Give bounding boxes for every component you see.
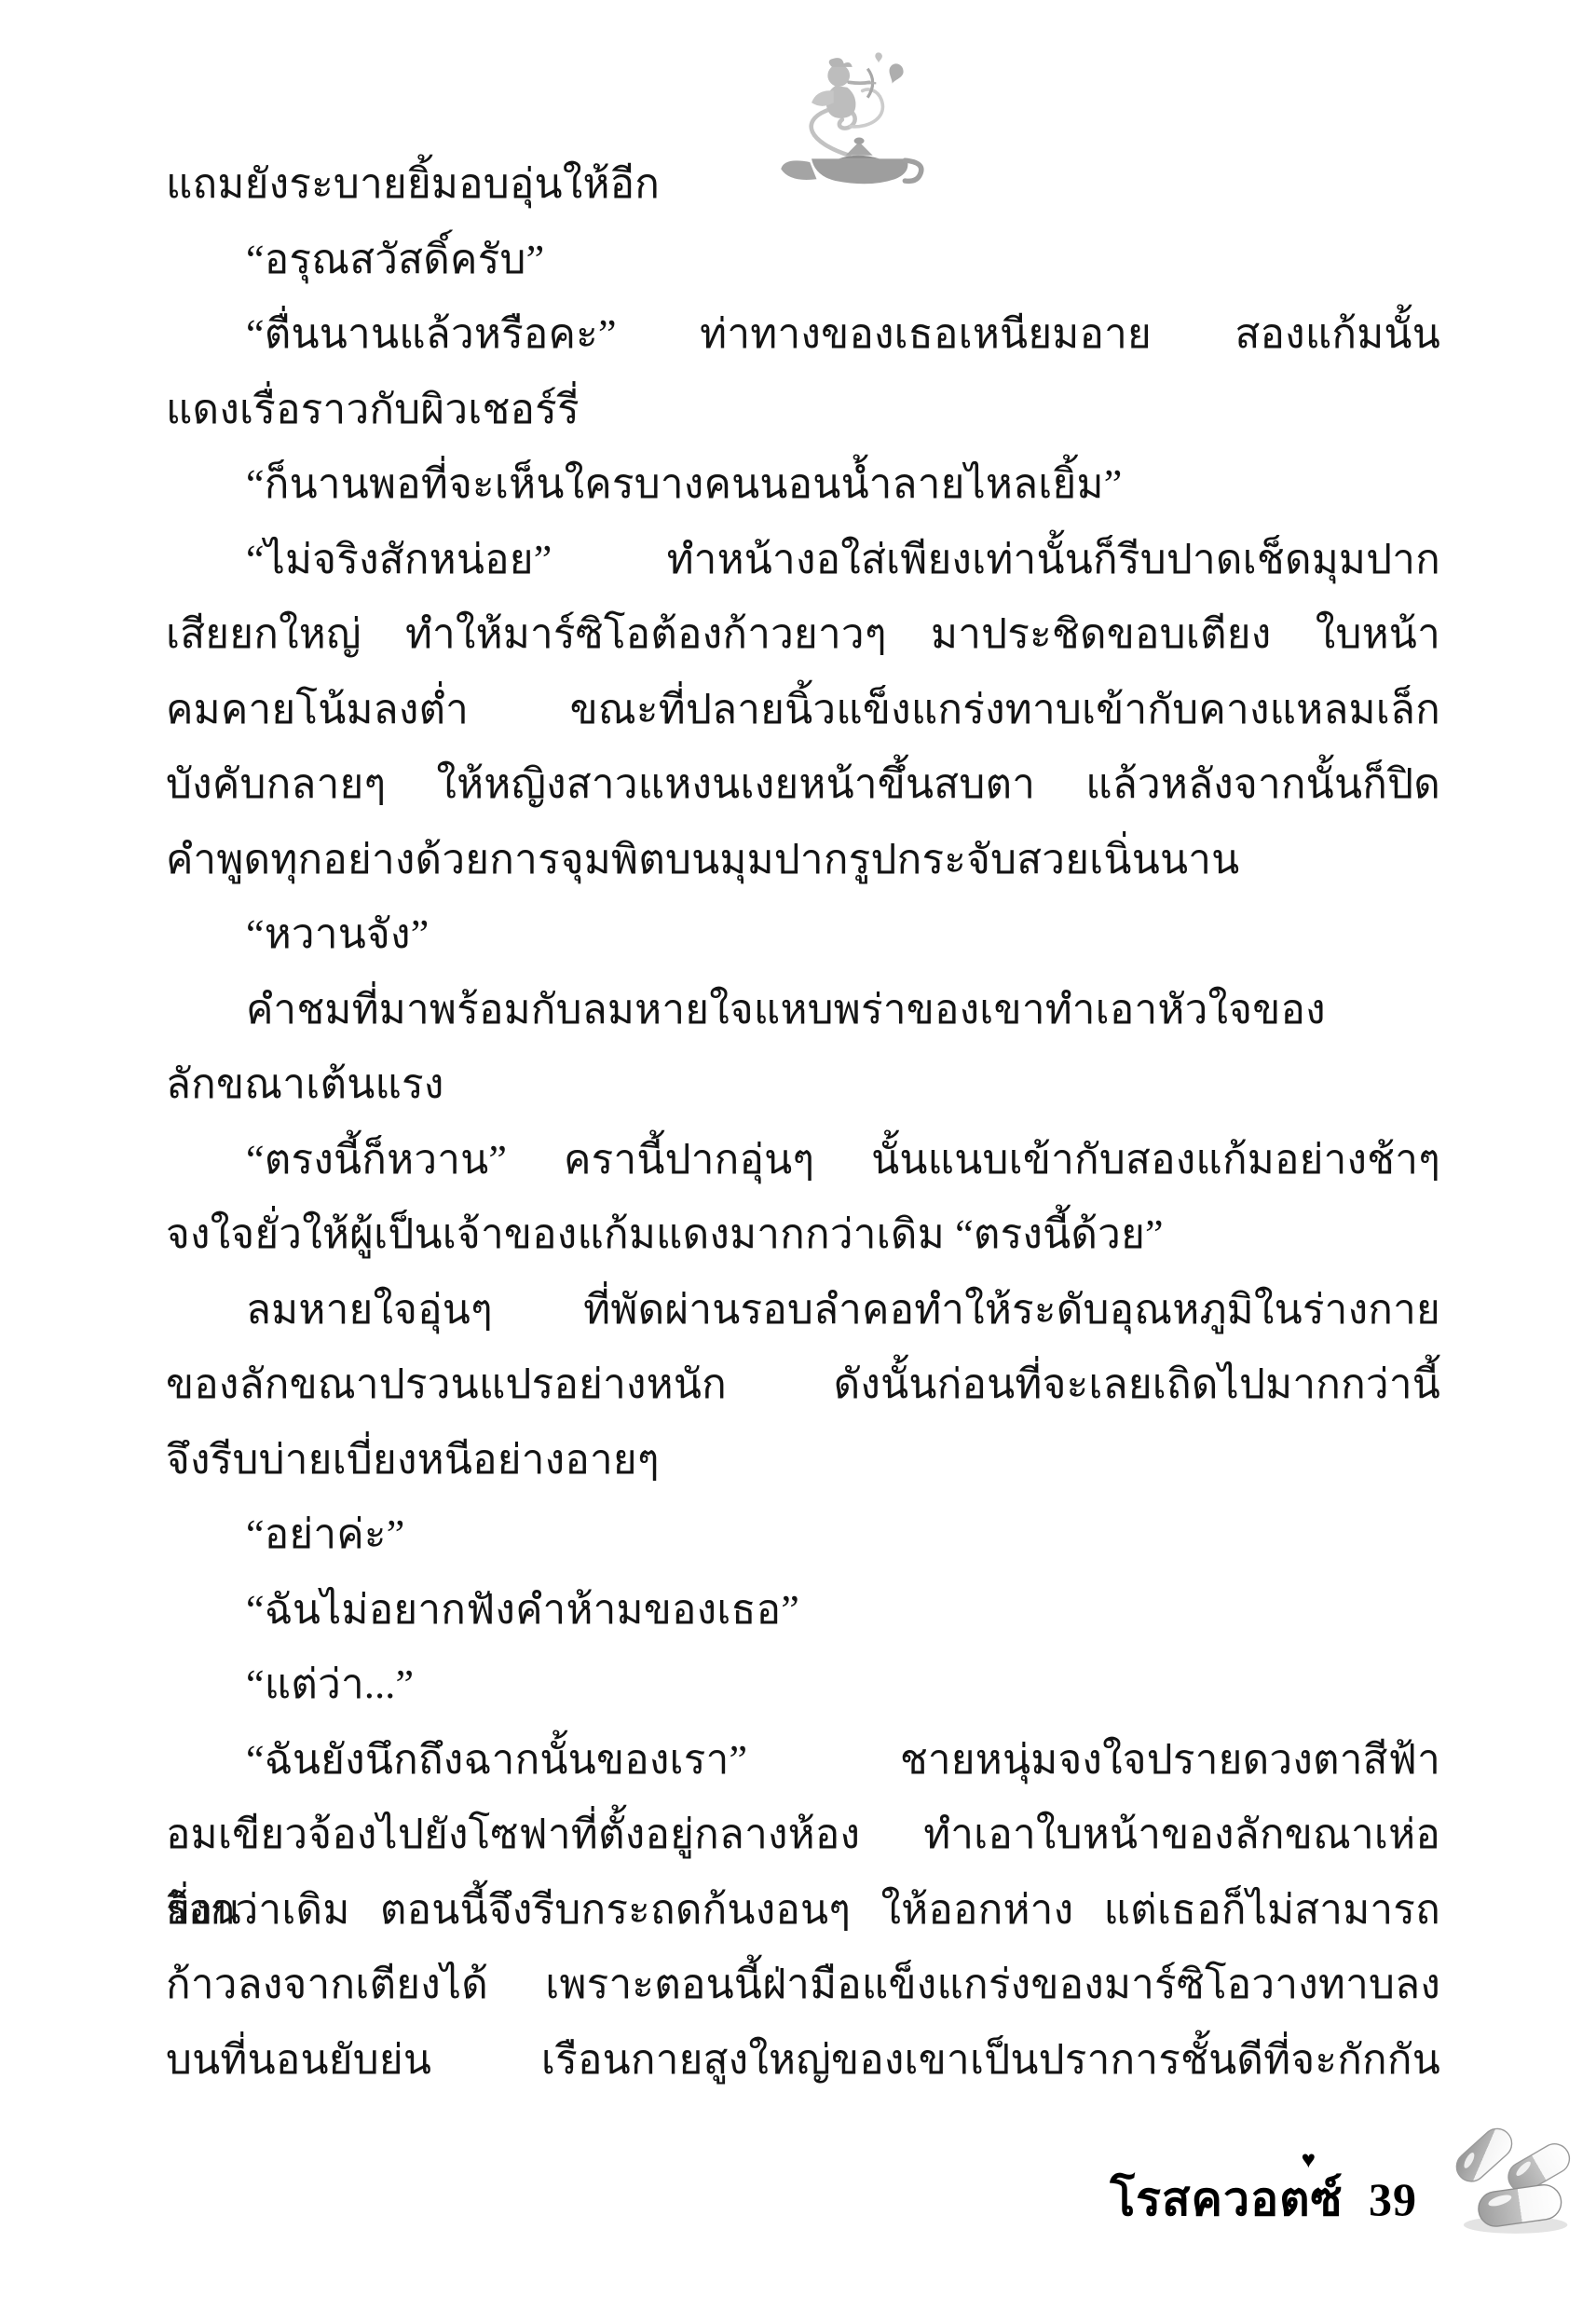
text-line: แดงเรื่อราวกับผิวเชอร์รี่	[166, 373, 1440, 448]
text-line: เสียยกใหญ่ ทำให้มาร์ซิโอต้องก้าวยาวๆ มาป…	[166, 597, 1440, 673]
text-line: “ก็นานพอที่จะเห็นใครบางคนนอนน้ำลายไหลเยิ…	[166, 447, 1440, 523]
text-line: ยิ่งกว่าเดิม ตอนนี้จึงรีบกระถดก้นงอนๆ ให…	[166, 1873, 1440, 1949]
footer-title: ♥ โรสควอตซ์ 39	[1110, 2131, 1417, 2236]
text-line: “ตื่นนานแล้วหรือคะ” ท่าทางของเธอเหนียมอา…	[166, 297, 1440, 373]
text-line: จึงรีบบ่ายเบี่ยงหนีอย่างอายๆ	[166, 1423, 1440, 1498]
text-line: “ไม่จริงสักหน่อย” ทำหน้างอใส่เพียงเท่านั…	[166, 523, 1440, 598]
text-line: บังคับกลายๆ ให้หญิงสาวแหงนเงยหน้าขึ้นสบต…	[166, 747, 1440, 823]
text-line: “ฉันไม่อยากฟังคำห้ามของเธอ”	[166, 1573, 1440, 1648]
text-line: “แต่ว่า...”	[166, 1648, 1440, 1723]
text-line: แถมยังระบายยิ้มอบอุ่นให้อีก	[166, 147, 1440, 223]
text-line: อมเขียวจ้องไปยังโซฟาที่ตั้งอยู่กลางห้อง …	[166, 1798, 1440, 1873]
page-footer: ♥ โรสควอตซ์ 39	[1110, 2123, 1581, 2244]
text-line: “ตรงนี้ก็หวาน” ครานี้ปากอุ่นๆ นั้นแนบเข้…	[166, 1123, 1440, 1198]
text-line: “หวานจัง”	[166, 897, 1440, 973]
text-line: จงใจยั่วให้ผู้เป็นเจ้าของแก้มแดงมากกว่าเ…	[166, 1197, 1440, 1273]
text-line: “อรุณสวัสดิ์ครับ”	[166, 223, 1440, 298]
book-title: โรสควอตซ์	[1110, 2173, 1343, 2225]
text-line: ก้าวลงจากเตียงได้ เพราะตอนนี้ฝ่ามือแข็งแ…	[166, 1948, 1440, 2023]
text-line: ของลักขณาปรวนแปรอย่างหนัก ดังนั้นก่อนที่…	[166, 1347, 1440, 1423]
heart-icon: ♥	[1302, 2148, 1316, 2172]
text-line: บนที่นอนยับย่น เรือนกายสูงใหญ่ของเขาเป็น…	[166, 2023, 1440, 2099]
page-number: 39	[1369, 2173, 1417, 2225]
text-line: คำชมที่มาพร้อมกับลมหายใจแหบพร่าของเขาทำเ…	[166, 973, 1440, 1048]
text-line: คมคายโน้มลงต่ำ ขณะที่ปลายนิ้วแข็งแกร่งทา…	[166, 673, 1440, 748]
text-line: คำพูดทุกอย่างด้วยการจุมพิตบนมุมปากรูปกระ…	[166, 823, 1440, 898]
text-line: “ฉันยังนึกถึงฉากนั้นของเรา” ชายหนุ่มจงใจ…	[166, 1723, 1440, 1798]
text-line: ลักขณาเต้นแรง	[166, 1047, 1440, 1123]
page-text: แถมยังระบายยิ้มอบอุ่นให้อีก“อรุณสวัสดิ์ค…	[166, 147, 1440, 2098]
pills-icon	[1441, 2123, 1581, 2244]
text-line: “อย่าค่ะ”	[166, 1497, 1440, 1573]
text-line: ลมหายใจอุ่นๆ ที่พัดผ่านรอบลำคอทำให้ระดับ…	[166, 1273, 1440, 1348]
